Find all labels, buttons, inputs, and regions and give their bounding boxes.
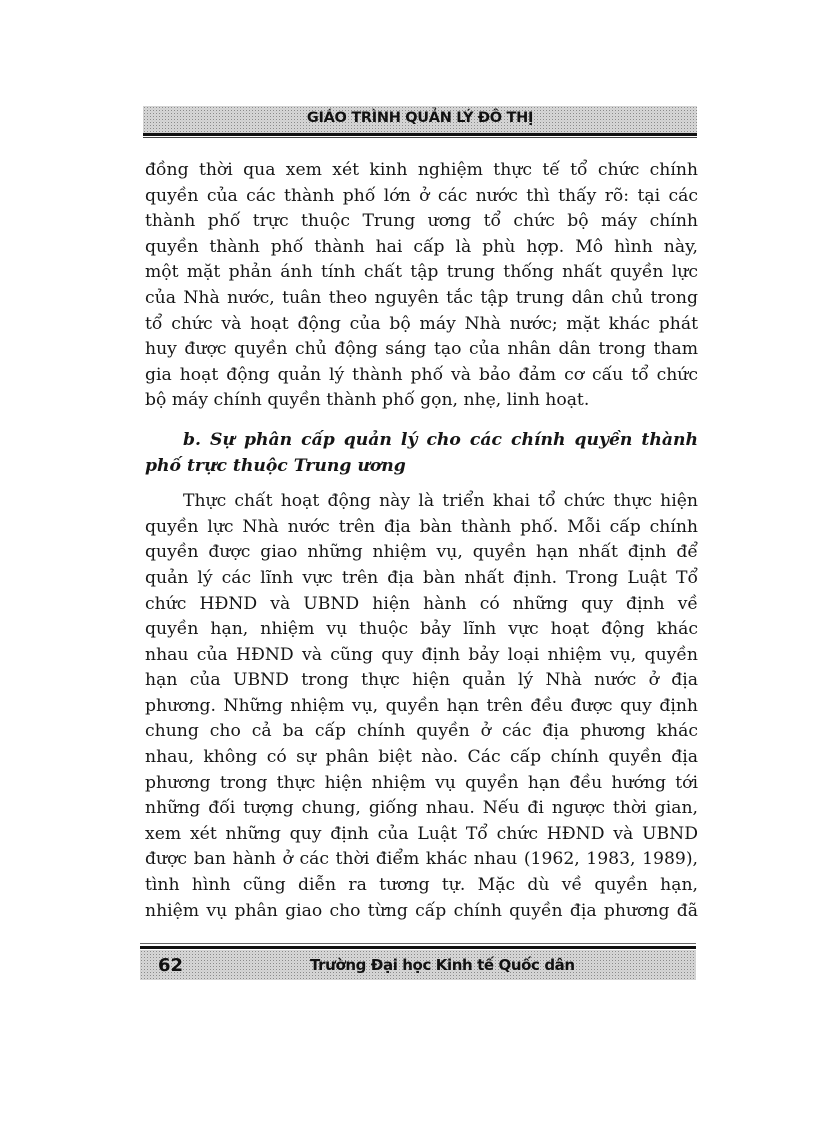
text-line: quản lý các lĩnh vực trên địa bàn nhất đ… [145, 566, 698, 592]
text-line: quyền được giao những nhiệm vụ, quyền hạ… [145, 540, 698, 566]
spacer [145, 479, 698, 489]
text-line: huy được quyền chủ động sáng tạo của nhâ… [145, 337, 698, 363]
text-line: phương trong thực hiện nhiệm vụ quyền hạ… [145, 771, 698, 797]
text-line: được ban hành ở các thời điểm khác nhau … [145, 847, 698, 873]
page-number: 62 [158, 955, 183, 976]
header-rule-thin [143, 137, 697, 138]
book-page: GIÁO TRÌNH QUẢN LÝ ĐÔ THỊ đồng thời qua … [0, 0, 816, 1123]
text-line: hạn của UBND trong thực hiện quản lý Nhà… [145, 668, 698, 694]
text-line: một mặt phản ánh tính chất tập trung thố… [145, 260, 698, 286]
text-line: đồng thời qua xem xét kinh nghiệm thực t… [145, 158, 698, 184]
spacer [145, 414, 698, 428]
text-line: phương. Những nhiệm vụ, quyền hạn trên đ… [145, 694, 698, 720]
running-footer: 62 Trường Đại học Kinh tế Quốc dân [140, 950, 696, 980]
footer-rule [140, 946, 696, 949]
heading-line: phố trực thuộc Trung ương [145, 454, 698, 480]
text-line: tình hình cũng diễn ra tương tự. Mặc dù … [145, 873, 698, 899]
text-line: quyền lực Nhà nước trên địa bàn thành ph… [145, 515, 698, 541]
text-line: tổ chức và hoạt động của bộ máy Nhà nước… [145, 312, 698, 338]
text-line: nhau, không có sự phân biệt nào. Các cấp… [145, 745, 698, 771]
text-line: những đối tượng chung, giống nhau. Nếu đ… [145, 796, 698, 822]
footer-rule-thin [140, 943, 696, 944]
heading-line: b. Sự phân cấp quản lý cho các chính quy… [145, 428, 698, 454]
text-line: nhiệm vụ phân giao cho từng cấp chính qu… [145, 899, 698, 925]
text-line: thành phố trực thuộc Trung ương tổ chức … [145, 209, 698, 235]
text-line: chức HĐND và UBND hiện hành có những quy… [145, 592, 698, 618]
paragraph: Thực chất hoạt động này là triển khai tổ… [145, 489, 698, 924]
body-text: đồng thời qua xem xét kinh nghiệm thực t… [145, 158, 698, 924]
header-rule [143, 133, 697, 136]
footer-institution: Trường Đại học Kinh tế Quốc dân [310, 956, 575, 974]
running-header: GIÁO TRÌNH QUẢN LÝ ĐÔ THỊ [143, 106, 697, 133]
paragraph-continuation: đồng thời qua xem xét kinh nghiệm thực t… [145, 158, 698, 414]
text-line: quyền của các thành phố lớn ở các nước t… [145, 184, 698, 210]
text-line: chung cho cả ba cấp chính quyền ở các đị… [145, 719, 698, 745]
text-line: xem xét những quy định của Luật Tổ chức … [145, 822, 698, 848]
section-heading: b. Sự phân cấp quản lý cho các chính quy… [145, 428, 698, 479]
text-line: gia hoạt động quản lý thành phố và bảo đ… [145, 363, 698, 389]
text-line: nhau của HĐND và cũng quy định bảy loại … [145, 643, 698, 669]
text-line: bộ máy chính quyền thành phố gọn, nhẹ, l… [145, 388, 698, 414]
text-line: của Nhà nước, tuân theo nguyên tắc tập t… [145, 286, 698, 312]
text-line: Thực chất hoạt động này là triển khai tổ… [145, 489, 698, 515]
text-line: quyền hạn, nhiệm vụ thuộc bảy lĩnh vực h… [145, 617, 698, 643]
header-title: GIÁO TRÌNH QUẢN LÝ ĐÔ THỊ [143, 110, 697, 126]
text-line: quyền thành phố thành hai cấp là phù hợp… [145, 235, 698, 261]
